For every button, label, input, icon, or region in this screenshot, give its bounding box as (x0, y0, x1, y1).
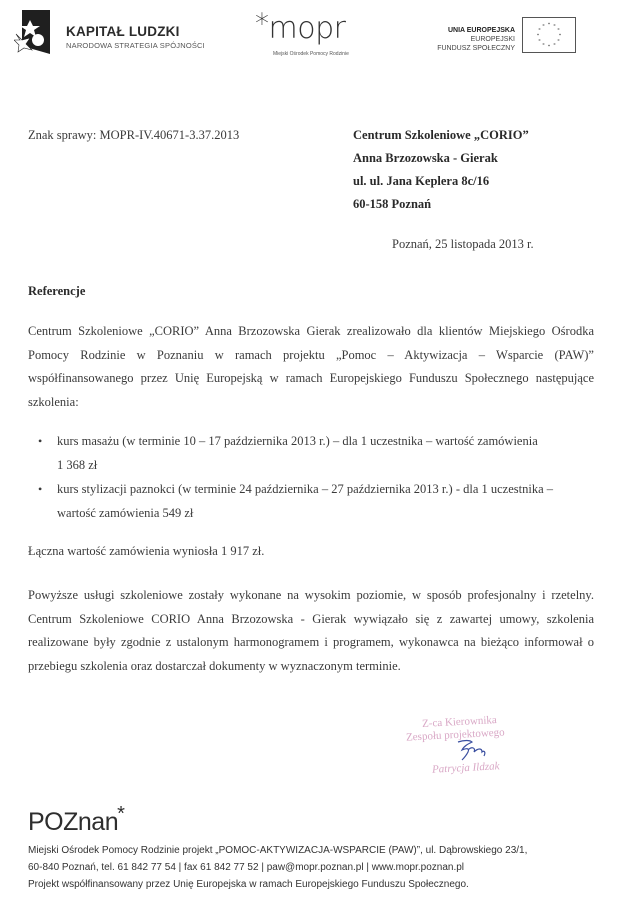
poznan-logo-text: POZnan (28, 808, 118, 836)
recipient-line-1: Centrum Szkoleniowe „CORIO” (353, 128, 529, 143)
footer-line-1: Miejski Ośrodek Pomocy Rodzinie projekt … (28, 845, 527, 856)
training-2-line-1: kurs stylizacji paznokci (w terminie 24 … (57, 482, 553, 497)
svg-text:*: * (538, 40, 541, 45)
footer-line-3: Projekt współfinansowany przez Unię Euro… (28, 879, 469, 890)
letter-heading: Referencje (28, 284, 85, 299)
bullet-icon: • (38, 434, 42, 449)
eu-union-label: UNIA EUROPEJSKA (437, 26, 515, 35)
total-value: Łączna wartość zamówienia wyniosła 1 917… (28, 544, 264, 559)
closing-line: realizowane były zgodnie z ustalonym har… (28, 631, 594, 655)
training-2-line-2: wartość zamówienia 549 zł (57, 506, 193, 521)
footer-line-2: 60-840 Poznań, tel. 61 842 77 54 | fax 6… (28, 862, 464, 873)
eu-fund-label-2: FUNDUSZ SPOŁECZNY (437, 44, 515, 53)
poznan-star-icon: * (117, 803, 124, 825)
svg-text:*: * (553, 24, 556, 29)
closing-line: przebiegu szkolenia oraz dostarczał doku… (28, 655, 594, 679)
signature-icon (452, 738, 492, 762)
kapital-ludzki-subtitle: NARODOWA STRATEGIA SPÓJNOŚCI (66, 41, 205, 50)
mopr-name: mopr (269, 11, 346, 46)
recipient-line-4: 60-158 Poznań (353, 197, 431, 212)
intro-line: Centrum Szkoleniowe „CORIO” Anna Brzozow… (28, 320, 594, 344)
poznan-logo: POZnan* (28, 810, 125, 835)
svg-text:*: * (542, 24, 545, 29)
recipient-line-2: Anna Brzozowska - Gierak (353, 151, 498, 166)
bullet-icon: • (38, 482, 42, 497)
svg-text:*: * (542, 44, 545, 49)
intro-paragraph: Centrum Szkoleniowe „CORIO” Anna Brzozow… (28, 320, 594, 414)
stamp-name: Patrycja Ildzak (432, 760, 500, 776)
mopr-subtitle: Miejski Ośrodek Pomocy Rodzinie (273, 51, 349, 57)
closing-line: Powyższe usługi szkoleniowe zostały wyko… (28, 584, 594, 608)
intro-line: szkolenia: (28, 391, 594, 415)
place-and-date: Poznań, 25 listopada 2013 r. (392, 237, 534, 252)
eu-fund-label-1: EUROPEJSKI (437, 35, 515, 44)
mopr-star-icon: * (255, 7, 269, 40)
kapital-ludzki-title: KAPITAŁ LUDZKI (66, 24, 180, 39)
kapital-ludzki-logo-icon (14, 10, 50, 54)
svg-text:*: * (553, 44, 556, 49)
eu-text-block: UNIA EUROPEJSKA EUROPEJSKI FUNDUSZ SPOŁE… (437, 26, 515, 53)
recipient-line-3: ul. ul. Jana Keplera 8c/16 (353, 174, 489, 189)
closing-line: Centrum Szkoleniowe CORIO Anna Brzozowsk… (28, 608, 594, 632)
closing-paragraph: Powyższe usługi szkoleniowe zostały wyko… (28, 584, 594, 678)
svg-text:*: * (557, 29, 560, 34)
training-1-line-1: kurs masażu (w terminie 10 – 17 paździer… (57, 434, 538, 449)
intro-line: Pomocy Rodzinie w Poznaniu w ramach proj… (28, 344, 594, 368)
svg-text:*: * (538, 29, 541, 34)
eu-flag-icon: ************ (522, 17, 576, 53)
svg-text:*: * (559, 34, 562, 39)
svg-text:*: * (537, 34, 540, 39)
svg-text:*: * (557, 40, 560, 45)
intro-line: współfinansowanego przez Unię Europejską… (28, 367, 594, 391)
mopr-logo: *mopr (255, 14, 345, 44)
svg-text:*: * (548, 23, 551, 28)
training-1-line-2: 1 368 zł (57, 458, 97, 473)
svg-text:*: * (548, 45, 551, 50)
reference-number: Znak sprawy: MOPR-IV.40671-3.37.2013 (28, 128, 239, 143)
